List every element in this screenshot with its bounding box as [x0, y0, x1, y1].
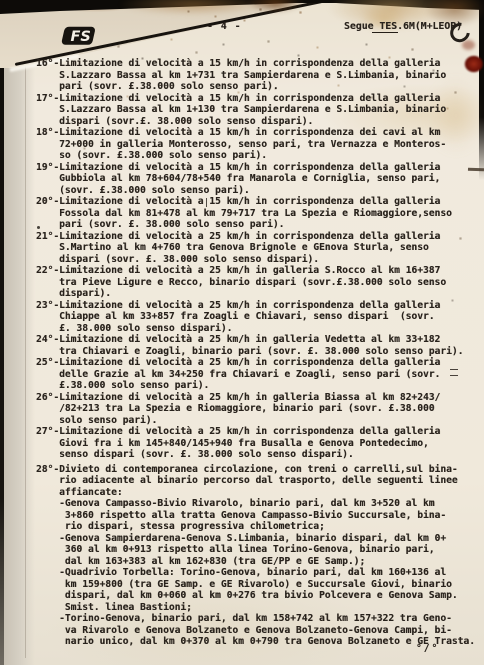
list-item: 19°-Limitazione di velocità a 15 km/h in… [36, 162, 484, 197]
typed-line: S.Lazzaro Bassa al km 1+731 tra Sampierd… [36, 70, 484, 82]
typed-line: 18°-Limitazione di velocità a 15 km/h in… [36, 127, 484, 139]
typed-line: affiancate: [36, 487, 484, 499]
typed-line: pari (sovr. £.38.000 solo senso pari). [36, 81, 484, 93]
typed-line: 27°-Limitazione di velocità a 25 km/h in… [36, 426, 484, 438]
typed-line: 3+860 rispetto alla tratta Genova Campas… [36, 510, 484, 522]
typed-line: va Rivarolo e Genova Bolzaneto e Genova … [36, 625, 484, 637]
typed-line: Chiappe al km 33+857 fra Zoagli e Chiava… [36, 311, 484, 323]
typed-line: Giovi fra i km 145+840/145+940 fra Busal… [36, 438, 484, 450]
typed-line: 26°-Limitazione di velocità a 25 km/h in… [36, 392, 484, 404]
list-item: 24°-Limitazione di velocità a 25 km/h in… [36, 334, 484, 357]
list-item: 16°-Limitazione di velocità a 15 km/h in… [36, 58, 484, 93]
typed-line: dispari (sovr.£. 38.000 solo senso dispa… [36, 116, 484, 128]
typed-line: km 159+800 (tra GE Samp. e GE Rivarolo) … [36, 579, 484, 591]
typed-line: Gubbiola al km 78+604/78+540 fra Manarol… [36, 173, 484, 185]
header-reference: Segue TES.6M(M+LEOP) [344, 21, 462, 32]
typed-line: 19°-Limitazione di velocità a 15 km/h in… [36, 162, 484, 174]
page-number: - 4 - [207, 21, 242, 32]
typed-line: 25°-Limitazione di velocità a 25 km/h in… [36, 357, 484, 369]
svg-text:FS: FS [71, 29, 91, 45]
typed-line: 28°-Divieto di contemporanea circolazion… [36, 464, 484, 476]
typed-line: 360 al km 0+913 rispetto alla linea Tori… [36, 544, 484, 556]
typed-line: senso dispari (sovr. £. 38.000 solo sens… [36, 449, 484, 461]
typed-line: 21°-Limitazione di velocità a 25 km/h in… [36, 231, 484, 243]
typed-line: delle Grazie al km 34+250 fra Chiavari e… [36, 369, 484, 381]
typed-line: 17°-Limitazione di velocità a 15 km/h in… [36, 93, 484, 105]
continuation-mark: °/° [416, 643, 439, 654]
typed-line: rio dispari, stessa progressiva chilomet… [36, 521, 484, 533]
typed-line: 72+000 in galleria Monterosso, senso par… [36, 139, 484, 151]
document-items: 16°-Limitazione di velocità a 15 km/h in… [36, 58, 484, 648]
typed-line: 16°-Limitazione di velocità a 15 km/h in… [36, 58, 484, 70]
typed-line: pari (sovr. £. 38.000 solo senso pari). [36, 219, 484, 231]
typed-line: £. 38.000 solo senso dispari). [36, 323, 484, 335]
typed-line: -Genova Campasso-Bivio Rivarolo, binario… [36, 498, 484, 510]
typed-line: £.38.000 solo senso pari). [36, 380, 484, 392]
typed-line: /82+213 tra La Spezia e Riomaggiore, bin… [36, 403, 484, 415]
list-item: 28°-Divieto di contemporanea circolazion… [36, 464, 484, 648]
typed-line: Smist. linea Bastioni; [36, 602, 484, 614]
typed-line: (sovr. £.38.000 solo senso pari). [36, 185, 484, 197]
typed-line: dispari). [36, 288, 484, 300]
typed-line: Fossola dal km 81+478 al km 79+717 tra L… [36, 208, 484, 220]
page-left-margin-shading [4, 0, 35, 665]
fold-crease-line [25, 58, 26, 658]
typed-line: tra Chiavari e Zoagli, binario pari (sov… [36, 346, 484, 358]
typed-line: S.Martino al km 4+760 tra Genova Brignol… [36, 242, 484, 254]
scanned-page: FS - 4 - Segue TES.6M(M+LEOP) 16°-Limita… [0, 0, 484, 665]
typed-line: 22°-Limitazione di velocità a 25 km/h in… [36, 265, 484, 277]
typed-line: dal km 163+383 al km 162+830 (tra GE/PP … [36, 556, 484, 568]
list-item: 23°-Limitazione di velocità a 25 km/h in… [36, 300, 484, 335]
list-item: 17°-Limitazione di velocità a 15 km/h in… [36, 93, 484, 128]
typed-line: 20°-Limitazione di velocità a 15 km/h in… [36, 196, 484, 208]
header-underline [372, 32, 398, 33]
typed-line: 23°-Limitazione di velocità a 25 km/h in… [36, 300, 484, 312]
list-item: 18°-Limitazione di velocità a 15 km/h in… [36, 127, 484, 162]
typed-line: -Quadrivio Torbella: Torino-Genova, bina… [36, 567, 484, 579]
typed-line: dispari (sovr. £. 38.000 solo senso disp… [36, 254, 484, 266]
scan-noise-specks [0, 0, 1, 1]
list-item: 21°-Limitazione di velocità a 25 km/h in… [36, 231, 484, 266]
list-item: 20°-Limitazione di velocità a 15 km/h in… [36, 196, 484, 231]
typed-line: dispari, dal km 0+060 al km 0+276 tra bi… [36, 590, 484, 602]
list-item: 26°-Limitazione di velocità a 25 km/h in… [36, 392, 484, 427]
typed-line: solo senso pari). [36, 415, 484, 427]
typed-line: tra Pieve Ligure e Recco, binario dispar… [36, 277, 484, 289]
list-item: 27°-Limitazione di velocità a 25 km/h in… [36, 426, 484, 461]
list-item: 25°-Limitazione di velocità a 25 km/h in… [36, 357, 484, 392]
fs-railways-logo-icon: FS [60, 26, 96, 46]
list-item: 22°-Limitazione di velocità a 25 km/h in… [36, 265, 484, 300]
typed-line: rio adiacente al binario percorso dal tr… [36, 475, 484, 487]
typed-line: -Torino-Genova, binario pari, dal km 158… [36, 613, 484, 625]
typed-line: -Genova Sampierdarena-Genova S.Limbania,… [36, 533, 484, 545]
typed-line: so (sovr. £.38.000 solo senso pari). [36, 150, 484, 162]
typed-line: 24°-Limitazione di velocità a 25 km/h in… [36, 334, 484, 346]
typed-line: S.Lazzaro Bassa al km 1+130 tra Sampierd… [36, 104, 484, 116]
